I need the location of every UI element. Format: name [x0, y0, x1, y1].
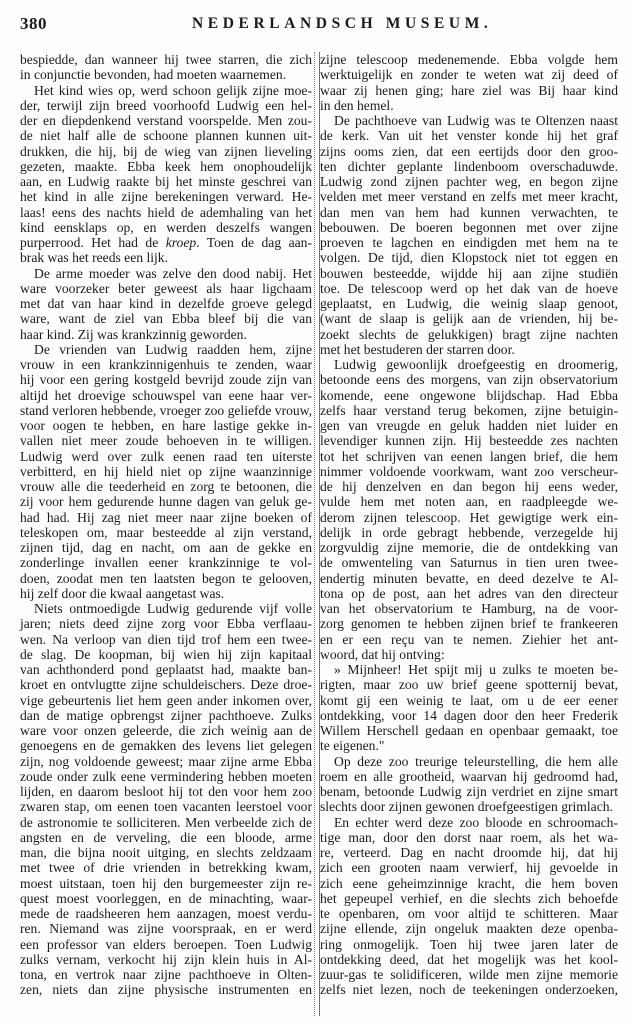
text-line: toe. De telescoop werd op het dak van de… — [320, 281, 618, 296]
text-line: ware voor onzen geleerde, die zich weini… — [20, 723, 312, 738]
text-line: in conjunctie bevonden, had moeten waarn… — [20, 67, 312, 82]
text-line: zwaren stap, om eenen toen vacanten leer… — [20, 799, 312, 814]
text-line: woord, dat hij ontving: — [320, 647, 618, 662]
text-line: brak was het reeds een lijk. — [20, 250, 312, 265]
text-line: drukken, die hij, bij de wieg van zijnen… — [20, 144, 312, 159]
text-line: voor oogen te hebben, en hare lastige ge… — [20, 418, 312, 433]
text-line: vige gebeurtenis liet hem geen ander ink… — [20, 693, 312, 708]
text-line: proeven te lagchen en eindigden met hem … — [320, 235, 618, 250]
text-line: bebouwen. De boeren begonnen met over zi… — [320, 220, 618, 235]
text-line: De vrienden van Ludwig raadden hem, zijn… — [20, 342, 312, 357]
text-line: de niet half alle de schoone plannen kun… — [20, 128, 312, 143]
text-line: zelfs niet lezen, noch de teekeningen on… — [320, 982, 618, 997]
text-line: De arme moeder was zelve den dood nabij.… — [20, 266, 312, 281]
text-line: volgen. De tijd, dien Klopstock niet tot… — [320, 250, 618, 265]
text-line: vallen niet meer zoude behoeven in te wi… — [20, 433, 312, 448]
text-line: doen, zoodat men ten laatsten begon te g… — [20, 571, 312, 586]
text-line: waar zij henen ging; hare ziel was Bij h… — [320, 83, 618, 98]
text-line: vrouw in een krankzinnigenhuis te zenden… — [20, 357, 312, 372]
text-line: met twee of drie vrienden in betrekking … — [20, 860, 312, 875]
text-line: Niets ontmoedigde Ludwig gedurende vijf … — [20, 601, 312, 616]
text-line: het kind in alle zijne berekeningen verw… — [20, 189, 312, 204]
text-line: lijden, en daarom besloot hij tot den vo… — [20, 784, 312, 799]
text-line: re, verteerd. Dag en nacht droomde hij, … — [320, 845, 618, 860]
text-line: angsten en de verveling, die een bloode,… — [20, 830, 312, 845]
text-line: En echter werd deze zoo bloode en schroo… — [320, 815, 618, 830]
text-line: een professor van elders beroepen. Toen … — [20, 937, 312, 952]
text-line: nimmer voldoende voorkwam, want zoo vers… — [320, 464, 618, 479]
text-line: werktuigelijk en zonder te weten wat zij… — [320, 67, 618, 82]
text-line: zijne ellende, zijn ongeluk maakten deze… — [320, 921, 618, 936]
text-line: (want de slaap is gelijk aan de vrienden… — [320, 311, 618, 326]
text-line: purperrood. Het had de kroep. Toen de da… — [20, 235, 312, 250]
text-line: in den hemel. — [320, 98, 618, 113]
text-line: had had. Hij zag niet meer naar zijne bo… — [20, 510, 312, 525]
text-line: levendiger kunnen zijn. Hij besteedde ze… — [320, 433, 618, 448]
text-line: te eigenen." — [320, 738, 618, 753]
text-line: zelfs haar verstand terug bekomen, zijne… — [320, 403, 618, 418]
text-line: der, terwijl zijn breed voorhoofd Ludwig… — [20, 98, 312, 113]
text-line: zijn, nog voldoende geweest; maar zijne … — [20, 754, 312, 769]
text-line: zijne telescoop medenemende. Ebba volgde… — [320, 52, 618, 67]
text-line: endertig minuten bevatte, en deed dezelv… — [320, 571, 618, 586]
text-line: zoekt slechts de gelukkigen) bragt zijne… — [320, 327, 618, 342]
text-line: Ludwig werd over zulk eenen raad ten uit… — [20, 449, 312, 464]
text-line: zoude onder zulk eene vermindering hebbe… — [20, 769, 312, 784]
text-line: roem en alle grootheid, waarvan hij gedr… — [320, 769, 618, 784]
text-line: ontdekking deed, dat het mogelijk was he… — [320, 952, 618, 967]
text-line: » Mijnheer! Het spijt mij u zulks te moe… — [320, 662, 618, 677]
text-line: ware, want de ziel van Ebba bleef bij di… — [20, 311, 312, 326]
text-line: vrouw alle die teederheid en zorg te bet… — [20, 479, 312, 494]
text-line: zijnen tijd, dag en nacht, om aan de gek… — [20, 540, 312, 555]
left-text-column: bespiedde, dan wanneer hij twee starren,… — [20, 52, 312, 998]
text-line: dan de matige opbrengst zijner pachthoev… — [20, 708, 312, 723]
text-line: de hij denzelven en dan begon hij eens w… — [320, 479, 618, 494]
text-line: rigten, maar zoo uw brief geene spottern… — [320, 677, 618, 692]
text-line: velden met meer verstand en zelfs met me… — [320, 189, 618, 204]
text-line: stand verloren hebbende, vroeger zoo gel… — [20, 403, 312, 418]
text-line: komt gij een weinig te laat, om u de eer… — [320, 693, 618, 708]
text-line: Ludwig zond zijnen pachter weg, en begon… — [320, 174, 618, 189]
text-line: zorgvuldig zijne memorie, die de ontdekk… — [320, 540, 618, 555]
text-line: tona op de post, aan het adres van den d… — [320, 586, 618, 601]
text-line: hij voor een gering kostgeld bevrijd zou… — [20, 372, 312, 387]
text-line: met het bestuderen der starren door. — [320, 342, 618, 357]
text-line: gezeten, maakte. Ebba keek hem onophoude… — [20, 159, 312, 174]
text-line: altijd het droevige schouwspel van eene … — [20, 388, 312, 403]
text-line: teleskopen om, maar besteedde al zijn ve… — [20, 525, 312, 540]
text-line: zorg genomen te hebben zijnen brief te f… — [320, 616, 618, 631]
text-line: van het observatorium te Hamburg, na de … — [320, 601, 618, 616]
text-line: aan, en Ludwig raakte bij het minste ges… — [20, 174, 312, 189]
text-line: moest uitstaan, toen hij den burgemeeste… — [20, 876, 312, 891]
text-line: jaren; niets deed zijne zorg voor Ebba v… — [20, 616, 312, 631]
text-line: bouwen besteedde, wijdde hij aan zijne s… — [320, 266, 618, 281]
text-line: Op deze zoo treurige teleurstelling, die… — [320, 754, 618, 769]
text-line: gen van vreugde en geluk hadden niet lui… — [320, 418, 618, 433]
text-line: met dat van haar kind in dezelfde groeve… — [20, 296, 312, 311]
text-line: benam, betoonde Ludwig zijn verdriet en … — [320, 784, 618, 799]
text-line: betoonde eens des morgens, van zijn obse… — [320, 372, 618, 387]
text-line: het gepeupel verhief, en die slechts zic… — [320, 891, 618, 906]
text-line: man, die bijna nooit uitging, en slechts… — [20, 845, 312, 860]
text-line: ring onmogelijk. Toen hij twee jaren lat… — [320, 937, 618, 952]
text-line: ware voorzeker beter geweest als haar li… — [20, 281, 312, 296]
text-line: van achthonderd pond geplaatst had, maak… — [20, 662, 312, 677]
text-line: ten dichter geplante lindenboom overscha… — [320, 159, 618, 174]
text-line: geplaatst, en Ludwig, die weinig slaap g… — [320, 296, 618, 311]
italic-word: kroep — [166, 235, 196, 250]
text-line: kroet en ontvlugtte zijne schuldeischers… — [20, 677, 312, 692]
text-line: slechts door zijnen gewonen droefgeestig… — [320, 799, 618, 814]
text-line: hij zelf door die kwaal aangetast was. — [20, 586, 312, 601]
text-line: zich eene geheimzinnige kracht, die hem … — [320, 876, 618, 891]
text-line: vulde hem met noten aan, en raadpleegde … — [320, 494, 618, 509]
text-line: zen, niets dan zijne physische instrumen… — [20, 982, 312, 997]
text-line: quest moest voorleggen, en de minachting… — [20, 891, 312, 906]
text-line: bespiedde, dan wanneer hij twee starren,… — [20, 52, 312, 67]
text-line: laas! eens des nachts hield de ademhalin… — [20, 205, 312, 220]
text-line: Willem Herschell gedaan en openbaar gema… — [320, 723, 618, 738]
text-line: en er een reçu van te nemen. Ziehier het… — [320, 632, 618, 647]
text-line: derom zijnen telescoop. Het gewigtige we… — [320, 510, 618, 525]
text-line: te openbaren, om voor altijd te schitter… — [320, 906, 618, 921]
text-line: ontdekking, voor 14 dagen door den heer … — [320, 708, 618, 723]
text-line: zulks vernam, verkocht hij zijn klein hu… — [20, 952, 312, 967]
book-page: 380 NEDERLANDSCH MUSEUM. bespiedde, dan … — [0, 0, 635, 1024]
text-line: dan men van hem had kunnen verwachten, t… — [320, 205, 618, 220]
text-line: zich een grooten naam verwierf, hij gevo… — [320, 860, 618, 875]
running-head: 380 NEDERLANDSCH MUSEUM. — [20, 14, 618, 36]
text-line: der en diepdenkend verstand voorspelde. … — [20, 113, 312, 128]
text-line: zuur-gas te solidificeren, wilde men zij… — [320, 967, 618, 982]
text-line: komende, eene ongewone blijdschap. Had E… — [320, 388, 618, 403]
right-text-column: zijne telescoop medenemende. Ebba volgde… — [320, 52, 618, 998]
text-line: de kerk. Van uit het venster konde hij h… — [320, 128, 618, 143]
text-line: haar kind. Zij was krankzinnig geworden. — [20, 327, 312, 342]
text-line: genoegens en de gemakken des levens liet… — [20, 738, 312, 753]
text-line: zonderlinge invallen eener krankzinnige … — [20, 555, 312, 570]
text-line: ren. Niemand was zijne voorspraak, en er… — [20, 921, 312, 936]
text-line: wen. Na verloop van dien tijd trof hem e… — [20, 632, 312, 647]
text-line: delijk in orde gebragt hebbende, verzege… — [320, 525, 618, 540]
text-line: De pachthoeve van Ludwig was te Oltenzen… — [320, 113, 618, 128]
journal-title: NEDERLANDSCH MUSEUM. — [192, 15, 492, 33]
text-line: verbitterd, en hij hield niet op zijne w… — [20, 464, 312, 479]
text-line: de omwenteling van Saturnus in tien uren… — [320, 555, 618, 570]
text-line: tot het schrijven van eenen langen brief… — [320, 449, 618, 464]
text-line: Ludwig gewoonlijk droefgeestig en droome… — [320, 357, 618, 372]
text-line: kind eensklaps op, en werden deszelfs wa… — [20, 220, 312, 235]
page-number: 380 — [20, 14, 47, 34]
text-line: Het kind wies op, werd schoon gelijk zij… — [20, 83, 312, 98]
text-line: zij voor hem gedurende hunne dagen van g… — [20, 494, 312, 509]
text-line: tige man, door den dorst naar roem, als … — [320, 830, 618, 845]
text-line: de slag. De koopman, bij wien hij zijn k… — [20, 647, 312, 662]
text-line: de astronomie te solliciteren. Men verbe… — [20, 815, 312, 830]
text-line: mede de raadsheeren hem aanzagen, moest … — [20, 906, 312, 921]
text-line: zijns ooms zien, dat een eertijds door d… — [320, 144, 618, 159]
text-line: tona, en vertrok naar zijne pachthoeve i… — [20, 967, 312, 982]
